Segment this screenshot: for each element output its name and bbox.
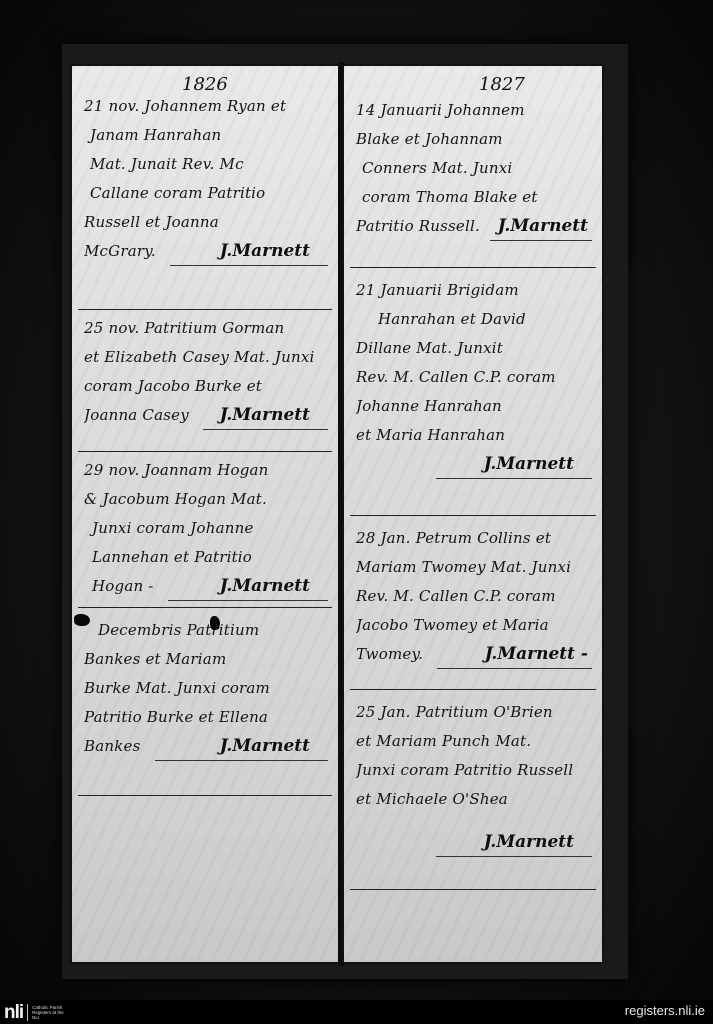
- entry-line: McGrary.: [84, 237, 156, 266]
- register-entry: 29 nov. Joannam Hogan & Jacobum Hogan Ma…: [78, 452, 332, 608]
- register-entry: 25 Jan. Patritium O'Brien et Mariam Punc…: [350, 694, 596, 890]
- priest-signature: J.Marnett: [436, 450, 592, 479]
- site-url: registers.nli.ie: [625, 1003, 705, 1018]
- entry-line: 21 Januarii Brigidam: [356, 276, 592, 305]
- entry-line: et Elizabeth Casey Mat. Junxi: [84, 343, 328, 372]
- register-entry: 25 nov. Patritium Gorman et Elizabeth Ca…: [78, 310, 332, 452]
- nli-logo: nli Catholic Parish Registers at the NLI: [4, 1003, 66, 1022]
- entry-line: 29 nov. Joannam Hogan: [84, 456, 328, 485]
- entry-line: Mariam Twomey Mat. Junxi: [356, 553, 592, 582]
- entry-line: et Mariam Punch Mat.: [356, 727, 592, 756]
- priest-signature: J.Marnett -: [437, 640, 592, 669]
- entry-line: Decembris Patritium: [84, 616, 328, 645]
- entry-line: Mat. Junait Rev. Mc: [84, 150, 328, 179]
- priest-signature: J.Marnett: [170, 237, 328, 266]
- right-page: 1827 14 Januarii Johannem Blake et Johan…: [342, 64, 604, 964]
- priest-signature: J.Marnett: [490, 212, 592, 241]
- entry-line: Rev. M. Callen C.P. coram: [356, 582, 592, 611]
- priest-signature: J.Marnett: [168, 572, 328, 601]
- register-entry: 21 nov. Johannem Ryan et Janam Hanrahan …: [78, 88, 332, 310]
- entry-line: coram Thoma Blake et: [356, 183, 592, 212]
- entry-line: Burke Mat. Junxi coram: [84, 674, 328, 703]
- left-page: 1826 21 nov. Johannem Ryan et Janam Hanr…: [70, 64, 340, 964]
- entry-line: Hogan -: [84, 572, 154, 601]
- footer-bar: nli Catholic Parish Registers at the NLI…: [0, 1000, 713, 1024]
- entry-line: & Jacobum Hogan Mat.: [84, 485, 328, 514]
- priest-signature: J.Marnett: [203, 401, 328, 430]
- entry-line: Conners Mat. Junxi: [356, 154, 592, 183]
- logo-caption: Catholic Parish Registers at the NLI: [32, 1005, 66, 1020]
- entry-line: Russell et Joanna: [84, 208, 328, 237]
- entry-line: Junxi coram Patritio Russell: [356, 756, 592, 785]
- priest-signature: J.Marnett: [155, 732, 329, 761]
- entry-line: Janam Hanrahan: [84, 121, 328, 150]
- entry-line: Bankes: [84, 732, 141, 761]
- entry-line: Patritio Burke et Ellena: [84, 703, 328, 732]
- entry-line: Rev. M. Callen C.P. coram: [356, 363, 592, 392]
- entry-line: 14 Januarii Johannem: [356, 96, 592, 125]
- entry-line: Joanna Casey: [84, 401, 189, 430]
- entry-line: Twomey.: [356, 640, 423, 669]
- entry-line: 21 nov. Johannem Ryan et: [84, 92, 328, 121]
- entry-line: Dillane Mat. Junxit: [356, 334, 592, 363]
- entry-line: Junxi coram Johanne: [84, 514, 328, 543]
- register-book: 1826 21 nov. Johannem Ryan et Janam Hanr…: [62, 44, 628, 979]
- ink-blot: [74, 614, 90, 626]
- register-entry: 21 Januarii Brigidam Hanrahan et David D…: [350, 272, 596, 516]
- register-entry: 14 Januarii Johannem Blake et Johannam C…: [350, 92, 596, 268]
- register-entry: 28 Jan. Petrum Collins et Mariam Twomey …: [350, 520, 596, 690]
- register-entry: Decembris Patritium Bankes et Mariam Bur…: [78, 612, 332, 796]
- entry-line: Patritio Russell.: [356, 212, 480, 241]
- entry-line: Blake et Johannam: [356, 125, 592, 154]
- entry-line: 25 nov. Patritium Gorman: [84, 314, 328, 343]
- entry-line: Johanne Hanrahan: [356, 392, 592, 421]
- entry-line: Lannehan et Patritio: [84, 543, 328, 572]
- entry-line: Callane coram Patritio: [84, 179, 328, 208]
- entry-line: coram Jacobo Burke et: [84, 372, 328, 401]
- entry-line: et Michaele O'Shea: [356, 785, 592, 814]
- entry-line: 25 Jan. Patritium O'Brien: [356, 698, 592, 727]
- entry-line: Bankes et Mariam: [84, 645, 328, 674]
- entry-line: Hanrahan et David: [356, 305, 592, 334]
- entry-line: 28 Jan. Petrum Collins et: [356, 524, 592, 553]
- entry-line: et Maria Hanrahan: [356, 421, 592, 450]
- priest-signature: J.Marnett: [436, 828, 592, 857]
- entry-line: Jacobo Twomey et Maria: [356, 611, 592, 640]
- nli-logo-mark: nli: [4, 1003, 23, 1022]
- logo-divider: [27, 1004, 28, 1021]
- ink-blot: [210, 616, 220, 630]
